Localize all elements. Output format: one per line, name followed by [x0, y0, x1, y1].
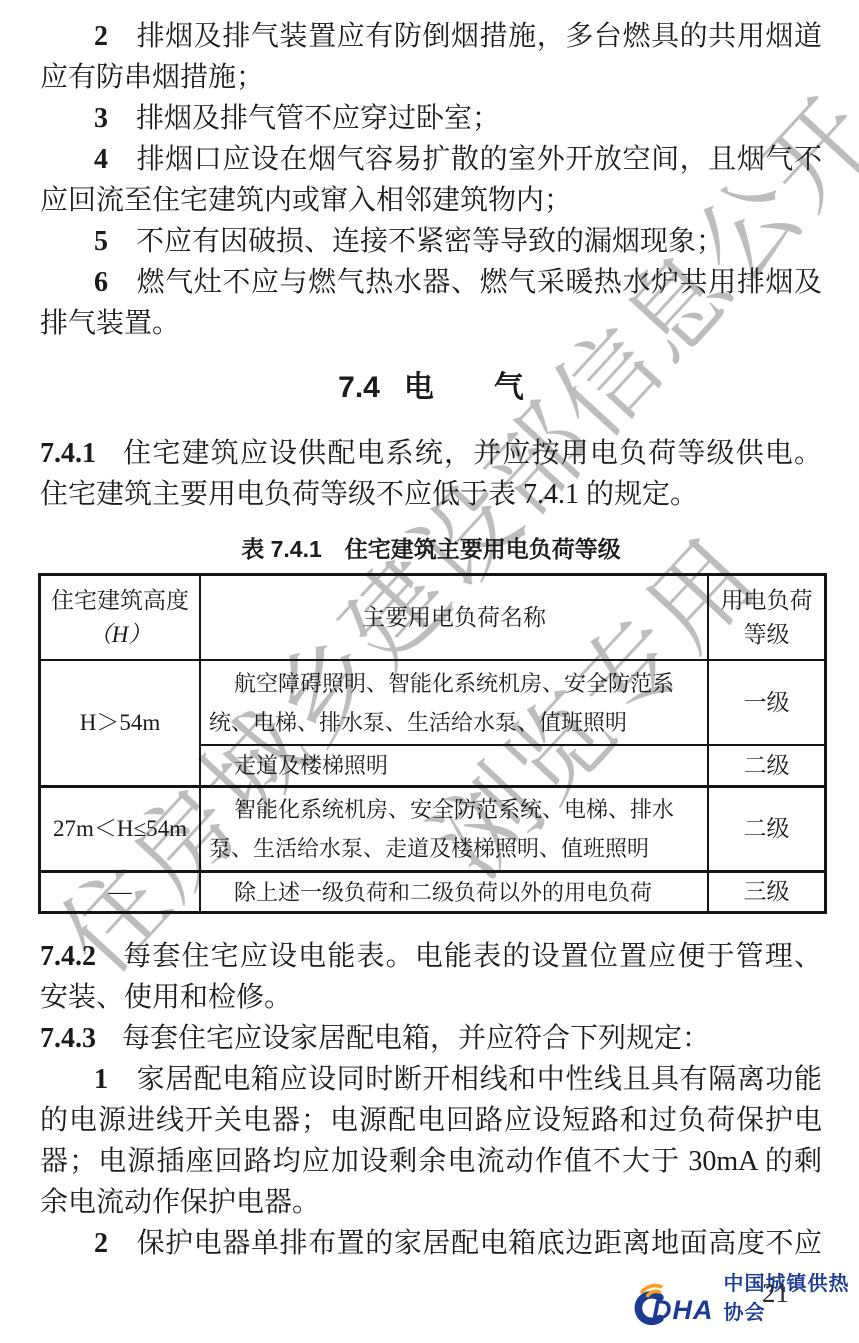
item-number: 4 — [94, 144, 108, 175]
clause-text: 住宅建筑主要用电负荷等级不应低于表 7.4.1 的规定。 — [40, 479, 698, 510]
item-text: 燃气灶不应与燃气热水器、燃气采暖热水炉共用排烟及 — [136, 267, 822, 298]
page-number: 21 — [762, 1278, 789, 1309]
table-cell-loads: 除上述一级负荷和二级负荷以外的用电负荷 — [201, 873, 709, 911]
clause-line: 安装、使用和检修。 — [40, 977, 822, 1018]
section-title: 电 气 — [404, 371, 524, 404]
section-number: 7.4 — [338, 371, 380, 404]
clause-text: 安装、使用和检修。 — [40, 982, 292, 1013]
table-cell-loads: 走道及楼梯照明 — [201, 746, 709, 788]
table-cell-level: 一级 — [709, 661, 824, 746]
list-item-line: 1家居配电箱应设同时断开相线和中性线且具有隔离功能 — [40, 1059, 822, 1100]
item-number: 3 — [94, 103, 108, 134]
item-number: 1 — [94, 1064, 108, 1095]
item-text: 应有防串烟措施； — [40, 62, 264, 93]
list-item-line: 2保护电器单排布置的家居配电箱底边距离地面高度不应 — [40, 1223, 822, 1264]
clauses-742-743: 7.4.2每套住宅应设电能表。电能表的设置位置应便于管理、 安装、使用和检修。 … — [40, 936, 822, 1264]
list-item-line: 器；电源插座回路均应加设剩余电流动作值不大于 30mA 的剩 — [40, 1141, 822, 1182]
item-number: 2 — [94, 1228, 108, 1259]
header-text: 用电负荷 — [721, 584, 813, 618]
item-text: 的电源进线开关电器；电源配电回路应设短路和过负荷保护电 — [40, 1105, 822, 1136]
logo-organization-name: 中国城镇供热协会 — [723, 1267, 859, 1325]
table-cell-height: 27m＜H≤54m — [41, 788, 201, 873]
item-text: 排烟及排气管不应穿过卧室； — [136, 103, 500, 134]
list-item-line: 的电源进线开关电器；电源配电回路应设短路和过负荷保护电 — [40, 1100, 822, 1141]
clause-number: 7.4.3 — [40, 1023, 96, 1054]
table-header-load-level: 用电负荷 等级 — [709, 576, 824, 661]
clause-text: 每套住宅应设电能表。电能表的设置位置应便于管理、 — [122, 941, 822, 972]
list-item-line: 6燃气灶不应与燃气热水器、燃气采暖热水炉共用排烟及 — [40, 262, 822, 303]
clause-text: 每套住宅应设家居配电箱，并应符合下列规定： — [122, 1023, 710, 1054]
table-caption: 表 7.4.1 住宅建筑主要用电负荷等级 — [40, 528, 822, 570]
item-text: 应回流至住宅建筑内或窜入相邻建筑物内； — [40, 185, 572, 216]
clause-line: 7.4.2每套住宅应设电能表。电能表的设置位置应便于管理、 — [40, 936, 822, 977]
dha-logo: DHA 中国城镇供热协会 — [626, 1276, 859, 1332]
list-item-line: 5不应有因破损、连接不紧密等导致的漏烟现象； — [40, 221, 822, 262]
item-text: 排气装置。 — [40, 308, 180, 339]
list-item-line: 排气装置。 — [40, 303, 822, 344]
item-number: 2 — [94, 21, 108, 52]
list-item-line: 应回流至住宅建筑内或窜入相邻建筑物内； — [40, 180, 822, 221]
item-text: 排烟及排气装置应有防倒烟措施，多台燃具的共用烟道 — [136, 21, 822, 52]
clause-text: 住宅建筑应设供配电系统，并应按用电负荷等级供电。 — [122, 438, 822, 469]
table-header-load-names: 主要用电负荷名称 — [201, 576, 709, 661]
list-item-line: 3排烟及排气管不应穿过卧室； — [40, 98, 822, 139]
table-cell-level: 三级 — [709, 873, 824, 911]
clause-line: 住宅建筑主要用电负荷等级不应低于表 7.4.1 的规定。 — [40, 474, 822, 515]
page-content: 2排烟及排气装置应有防倒烟措施，多台燃具的共用烟道 应有防串烟措施； 3排烟及排… — [0, 0, 859, 1343]
clause-line: 7.4.3每套住宅应设家居配电箱，并应符合下列规定： — [40, 1018, 822, 1059]
item-text: 余电流动作保护电器。 — [40, 1187, 320, 1218]
item-text: 不应有因破损、连接不紧密等导致的漏烟现象； — [136, 226, 724, 257]
table-cell-level: 二级 — [709, 746, 824, 788]
item-number: 5 — [94, 226, 108, 257]
header-text: 等级 — [744, 618, 790, 652]
logo-abbreviation: DHA — [652, 1295, 714, 1326]
item-text: 排烟口应设在烟气容易扩散的室外开放空间，且烟气不 — [136, 144, 822, 175]
table-cell-loads: 智能化系统机房、安全防范系统、电梯、排水泵、生活给水泵、走道及楼梯照明、值班照明 — [201, 788, 709, 873]
header-symbol: （H） — [89, 618, 152, 652]
load-level-table: 住宅建筑高度 （H） 主要用电负荷名称 用电负荷 等级 H＞54m 航空障碍照明… — [38, 573, 827, 914]
table-cell-loads: 航空障碍照明、智能化系统机房、安全防范系统、电梯、排水泵、生活给水泵、值班照明 — [201, 661, 709, 746]
list-item-line: 应有防串烟措施； — [40, 57, 822, 98]
item-number: 6 — [94, 267, 108, 298]
table-cell-height: — — [41, 873, 201, 911]
section-heading: 7.4电 气 — [40, 367, 822, 409]
list-item-line: 4排烟口应设在烟气容易扩散的室外开放空间，且烟气不 — [40, 139, 822, 180]
clause-line: 7.4.1住宅建筑应设供配电系统，并应按用电负荷等级供电。 — [40, 433, 822, 474]
list-item-line: 余电流动作保护电器。 — [40, 1182, 822, 1223]
clause-number: 7.4.1 — [40, 438, 96, 469]
item-text: 家居配电箱应设同时断开相线和中性线且具有隔离功能 — [136, 1064, 822, 1095]
clause-number: 7.4.2 — [40, 941, 96, 972]
table-cell-level: 二级 — [709, 788, 824, 873]
list-item-line: 2排烟及排气装置应有防倒烟措施，多台燃具的共用烟道 — [40, 16, 822, 57]
header-text: 住宅建筑高度 — [51, 584, 189, 618]
gas-clause-list: 2排烟及排气装置应有防倒烟措施，多台燃具的共用烟道 应有防串烟措施； 3排烟及排… — [40, 16, 822, 344]
table-header-building-height: 住宅建筑高度 （H） — [41, 576, 201, 661]
clause-741: 7.4.1住宅建筑应设供配电系统，并应按用电负荷等级供电。 住宅建筑主要用电负荷… — [40, 433, 822, 515]
item-text: 器；电源插座回路均应加设剩余电流动作值不大于 30mA 的剩 — [40, 1146, 822, 1177]
table-cell-height: H＞54m — [41, 661, 201, 788]
document-page: 住房城乡建设部信息公开 浏览专用 2排烟及排气装置应有防倒烟措施，多台燃具的共用… — [0, 0, 859, 1343]
item-text: 保护电器单排布置的家居配电箱底边距离地面高度不应 — [136, 1228, 822, 1259]
